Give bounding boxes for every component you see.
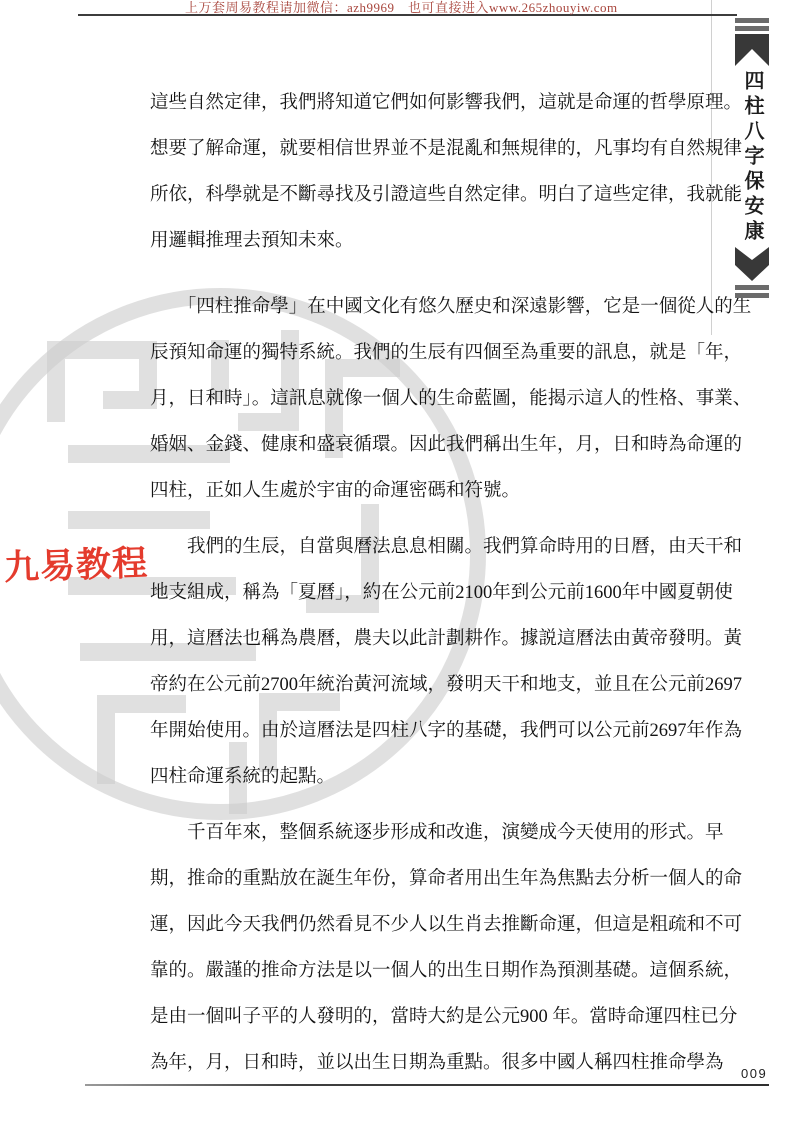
text-line: 「四柱推命學」在中國文化有悠久歷史和深遠影響，它是一個從人的生	[150, 284, 714, 330]
side-banner: 四柱八字保安康	[735, 18, 769, 301]
text-line: 想要了解命運，就要相信世界並不是混亂和無規律的，凡事均有自然規律	[150, 126, 714, 172]
banner-ribbon-top-icon	[735, 34, 769, 66]
text-line: 所依，科學就是不斷尋找及引證這些自然定律。明白了這些定律，我就能	[150, 172, 714, 218]
paragraph: 這些自然定律，我們將知道它們如何影響我們，這就是命運的哲學原理。想要了解命運，就…	[150, 80, 714, 264]
text-line: 千百年來，整個系統逐步形成和改進，演變成今天使用的形式。早	[150, 810, 714, 856]
footer-rule	[85, 1084, 769, 1086]
text-line: 用，這曆法也稱為農曆，農夫以此計劃耕作。據説這曆法由黃帝發明。黃	[150, 616, 714, 662]
text-line: 婚姻、金錢、健康和盛衰循環。因此我們稱出生年，月，日和時為命運的	[150, 422, 714, 468]
banner-stripe	[735, 293, 769, 298]
paragraph: 我們的生辰，自當與曆法息息相關。我們算命時用的日曆，由天干和地支組成，稱為「夏曆…	[150, 524, 714, 800]
text-line: 四柱命運系統的起點。	[150, 754, 714, 800]
paragraph: 「四柱推命學」在中國文化有悠久歷史和深遠影響，它是一個從人的生辰預知命運的獨特系…	[150, 284, 714, 514]
banner-ribbon-bottom-icon	[735, 247, 769, 281]
promo-text: 上万套周易教程请加微信：azh9969 也可直接进入www.265zhouyiw…	[185, 0, 645, 15]
page-number: 009	[741, 1066, 767, 1081]
text-line: 辰預知命運的獨特系統。我們的生辰有四個至為重要的訊息，就是「年，	[150, 330, 714, 376]
banner-stripe	[735, 26, 769, 31]
text-line: 四柱，正如人生處於宇宙的命運密碼和符號。	[150, 468, 714, 514]
text-line: 為年，月，日和時，並以出生日期為重點。很多中國人稱四柱推命學為	[150, 1040, 714, 1086]
banner-stripe	[735, 285, 769, 290]
text-line: 是由一個叫子平的人發明的，當時大約是公元900 年。當時命運四柱已分	[150, 994, 714, 1040]
body-text: 這些自然定律，我們將知道它們如何影響我們，這就是命運的哲學原理。想要了解命運，就…	[150, 0, 714, 1123]
banner-stripe	[735, 18, 769, 23]
red-watermark: 九易教程	[3, 536, 149, 591]
banner-title: 四柱八字保安康	[735, 70, 769, 245]
text-line: 我們的生辰，自當與曆法息息相關。我們算命時用的日曆，由天干和	[150, 524, 714, 570]
text-line: 月，日和時」。這訊息就像一個人的生命藍圖，能揭示這人的性格、事業、	[150, 376, 714, 422]
text-line: 年開始使用。由於這曆法是四柱八字的基礎，我們可以公元前2697年作為	[150, 708, 714, 754]
text-line: 地支組成，稱為「夏曆」，約在公元前2100年到公元前1600年中國夏朝使	[150, 570, 714, 616]
text-line: 用邏輯推理去預知未來。	[150, 218, 714, 264]
text-line: 帝約在公元前2700年統治黃河流域，發明天干和地支，並且在公元前2697	[150, 662, 714, 708]
text-line: 期，推命的重點放在誕生年份，算命者用出生年為焦點去分析一個人的命	[150, 856, 714, 902]
scanned-book-page: 上万套周易教程请加微信：azh9969 也可直接进入www.265zhouyiw…	[0, 0, 794, 1123]
paragraph: 千百年來，整個系統逐步形成和改進，演變成今天使用的形式。早期，推命的重點放在誕生…	[150, 810, 714, 1086]
text-line: 運，因此今天我們仍然看見不少人以生肖去推斷命運，但這是粗疏和不可	[150, 902, 714, 948]
text-line: 靠的。嚴謹的推命方法是以一個人的出生日期作為預測基礎。這個系統，	[150, 948, 714, 994]
text-line: 這些自然定律，我們將知道它們如何影響我們，這就是命運的哲學原理。	[150, 80, 714, 126]
